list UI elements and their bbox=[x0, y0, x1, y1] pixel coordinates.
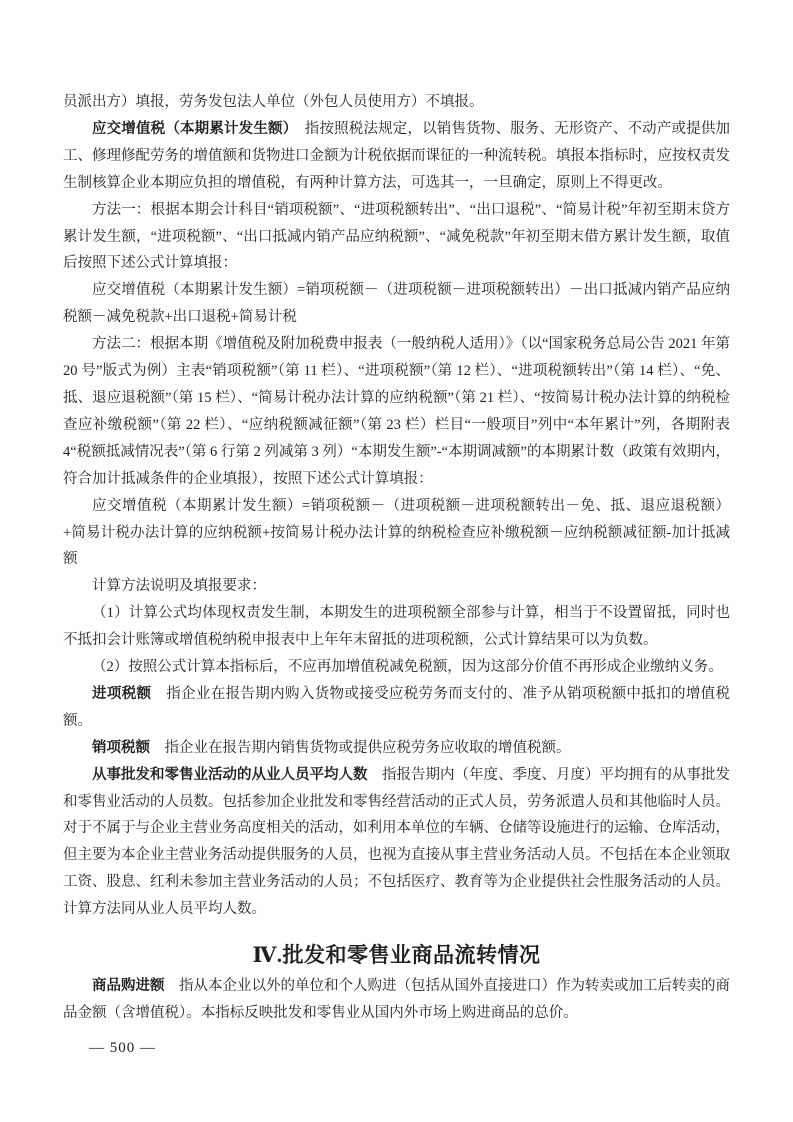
body-paragraph: 应交增值税（本期累计发生额） 指按照税法规定，以销售货物、服务、无形资产、不动产… bbox=[63, 116, 730, 197]
body-paragraph: 计算方法说明及填报要求： bbox=[63, 573, 730, 600]
paragraph-text: 方法二：根据本期《增值税及附加税费申报表（一般纳税人适用）》（以“国家税务总局公… bbox=[63, 336, 730, 487]
paragraph-text: 应交增值税（本期累计发生额）=销项税额－（进项税额－进项税额转出）－出口抵减内销… bbox=[63, 282, 730, 325]
document-page: 员派出方）填报，劳务发包法人单位（外包人员使用方）不填报。 应交增值税（本期累计… bbox=[0, 0, 793, 1122]
body-paragraph: 方法一：根据本期会计科目“销项税额”、“进项税额转出”、“出口退税”、“简易计税… bbox=[63, 197, 730, 278]
indicator-term: 商品购进额 bbox=[92, 978, 165, 994]
indicator-term: 应交增值税（本期累计发生额） bbox=[92, 121, 290, 137]
body-paragraph: 销项税额 指企业在报告期内销售货物或提供应税劳务应收取的增值税额。 bbox=[63, 735, 730, 762]
body-paragraph: 从事批发和零售业活动的从业人员平均人数 指报告期内（年度、季度、月度）平均拥有的… bbox=[63, 762, 730, 923]
paragraph-text: 指企业在报告期内购入货物或接受应税劳务而支付的、准予从销项税额中抵扣的增值税额。 bbox=[63, 686, 730, 729]
section-heading: Ⅳ.批发和零售业商品流转情况 bbox=[63, 941, 730, 969]
body-paragraph: （2）按照公式计算本指标后，不应再加增值税减免税额，因为这部分价值不再形成企业缴… bbox=[63, 654, 730, 681]
body-paragraph: （1）计算公式均体现权责发生制，本期发生的进项税额全部参与计算，相当于不设置留抵… bbox=[63, 600, 730, 654]
paragraph-text: 计算方法说明及填报要求： bbox=[92, 578, 266, 594]
formula-paragraph: 应交增值税（本期累计发生额）=销项税额－（进项税额－进项税额转出）－出口抵减内销… bbox=[63, 277, 730, 331]
indicator-term: 从事批发和零售业活动的从业人员平均人数 bbox=[92, 767, 368, 783]
page-number: — 500 — bbox=[89, 1038, 156, 1058]
paragraph-text: 应交增值税（本期累计发生额）=销项税额－（进项税额－进项税额转出－免、抵、退应退… bbox=[63, 498, 730, 568]
paragraph-text: 指报告期内（年度、季度、月度）平均拥有的从事批发和零售业活动的人员数。包括参加企… bbox=[63, 767, 730, 918]
paragraph-text: 指企业在报告期内销售货物或提供应税劳务应收取的增值税额。 bbox=[150, 740, 571, 756]
indicator-term: 进项税额 bbox=[92, 686, 151, 702]
indicator-term: 销项税额 bbox=[92, 740, 150, 756]
body-paragraph: 员派出方）填报，劳务发包法人单位（外包人员使用方）不填报。 bbox=[63, 89, 730, 116]
paragraph-text: 方法一：根据本期会计科目“销项税额”、“进项税额转出”、“出口退税”、“简易计税… bbox=[63, 202, 730, 272]
body-paragraph: 商品购进额 指从本企业以外的单位和个人购进（包括从国外直接进口）作为转卖或加工后… bbox=[63, 973, 730, 1027]
body-paragraph: 方法二：根据本期《增值税及附加税费申报表（一般纳税人适用）》（以“国家税务总局公… bbox=[63, 331, 730, 492]
body-paragraph: 进项税额 指企业在报告期内购入货物或接受应税劳务而支付的、准予从销项税额中抵扣的… bbox=[63, 681, 730, 735]
page-body: 员派出方）填报，劳务发包法人单位（外包人员使用方）不填报。 应交增值税（本期累计… bbox=[63, 89, 730, 1027]
paragraph-text: 员派出方）填报，劳务发包法人单位（外包人员使用方）不填报。 bbox=[63, 94, 484, 110]
paragraph-text: （1）计算公式均体现权责发生制，本期发生的进项税额全部参与计算，相当于不设置留抵… bbox=[63, 605, 730, 648]
formula-paragraph: 应交增值税（本期累计发生额）=销项税额－（进项税额－进项税额转出－免、抵、退应退… bbox=[63, 493, 730, 574]
paragraph-text: （2）按照公式计算本指标后，不应再加增值税减免税额，因为这部分价值不再形成企业缴… bbox=[92, 659, 723, 675]
